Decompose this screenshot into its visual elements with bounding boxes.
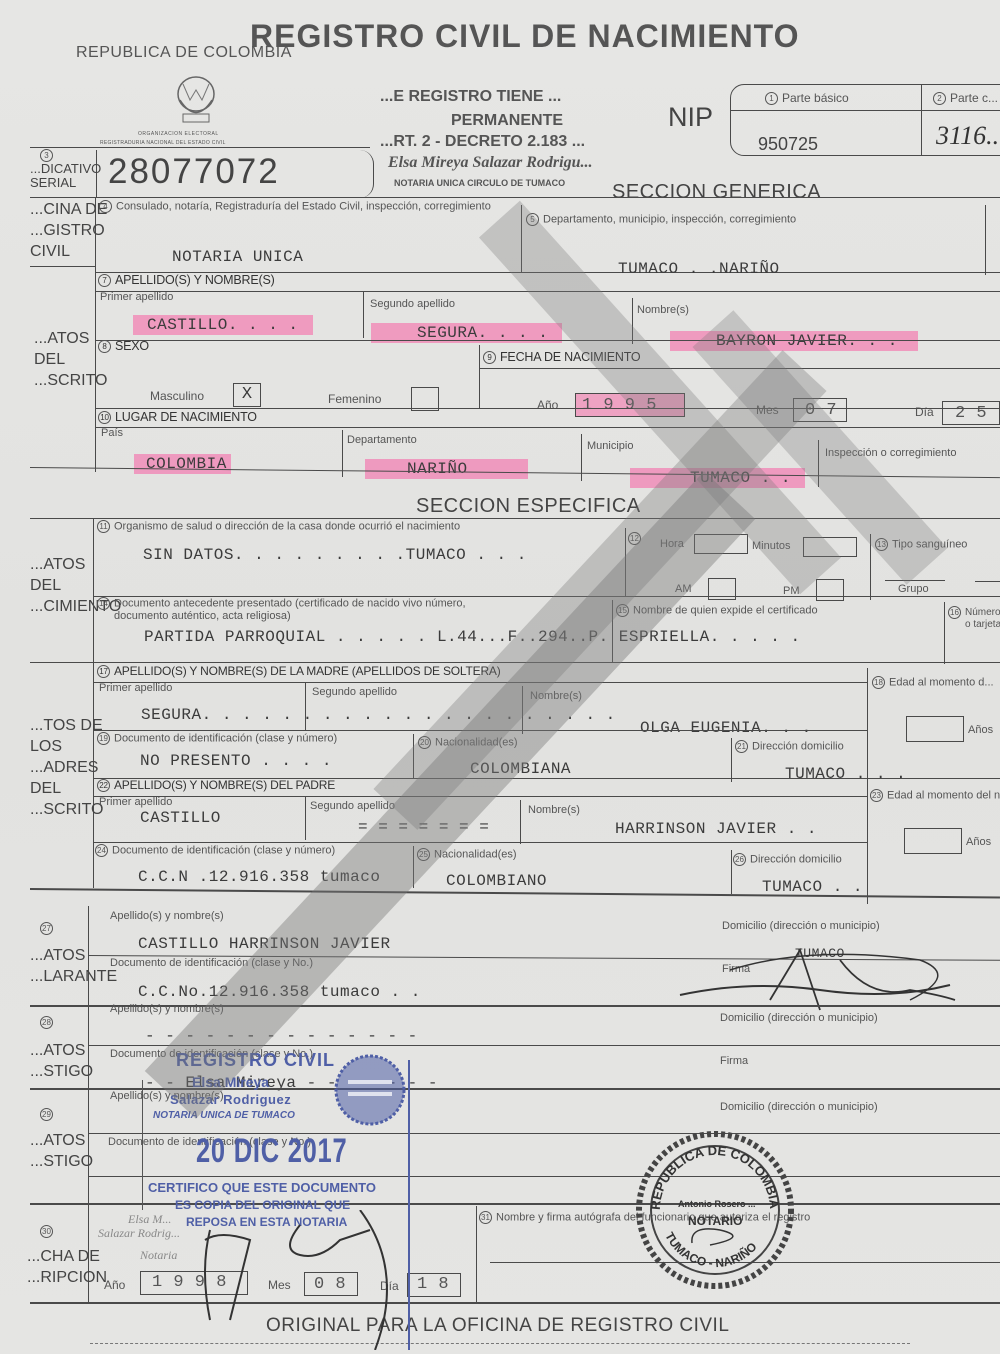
inscription-side-label: ...CHA DE ...RIPCION	[27, 1246, 107, 1288]
mother-id-value: NO PRESENTO . . . .	[140, 752, 332, 770]
number-label: 16Númeroo tarjeta	[948, 606, 1000, 630]
declarant-name-label: Apellido(s) y nombre(s)	[110, 910, 224, 922]
father-id-label: 24Documento de identificación (clase y n…	[95, 844, 335, 857]
witness1-address-label: Domicilio (dirección o municipio)	[720, 1012, 878, 1024]
second-surname-label: Segundo apellido	[370, 298, 455, 310]
mother-second-surname-label: Segundo apellido	[312, 686, 397, 698]
mother-first-surname-label: Primer apellido	[99, 682, 172, 694]
pm-checkbox[interactable]	[816, 579, 844, 601]
date-stamp: 20 DIC 2017	[196, 1132, 347, 1171]
witness1-signature-label: Firma	[720, 1055, 748, 1067]
year-label: Año	[537, 398, 558, 412]
emblem-caption-1: ORGANIZACION ELECTORAL	[138, 131, 219, 137]
father-nationality-value: COLOMBIANO	[446, 872, 547, 890]
inscription-year-label: Año	[104, 1278, 125, 1292]
father-first-surname-value: CASTILLO	[140, 809, 221, 827]
sex-header: 8SEXO	[98, 339, 149, 353]
antecedent-doc-value: PARTIDA PARROQUIAL . . . . . L.44...F..2…	[144, 628, 801, 646]
mother-id-label: 19Documento de identificación (clase y n…	[97, 732, 337, 745]
witness2-side-label: ...ATOS ...STIGO	[30, 1130, 93, 1172]
birth-certificate-page: REGISTRO CIVIL DE NACIMIENTO REPUBLICA D…	[0, 0, 1000, 1354]
blue-round-seal-icon	[330, 1050, 410, 1130]
nip-basic-label: 1Parte básico	[765, 91, 849, 105]
coat-of-arms-icon	[165, 70, 227, 132]
office-field-label: 4Consulado, notaría, Registraduría del E…	[99, 200, 499, 213]
nip-basic-value: 950725	[758, 134, 818, 155]
nip-label: NIP	[668, 102, 713, 133]
names-header: 7APELLIDO(S) Y NOMBRE(S)	[98, 273, 275, 287]
father-age-label: 23Edad al momento del n...	[870, 789, 1000, 802]
stamp-line-4: Elsa Mireya Salazar Rodrigu...	[388, 154, 592, 172]
male-checkbox[interactable]: X	[233, 383, 261, 407]
male-label: Masculino	[150, 389, 204, 403]
first-surname-label: Primer apellido	[100, 291, 173, 303]
inscription-day-value: 1 8	[417, 1275, 449, 1294]
cert-line-1: CERTIFICO QUE ESTE DOCUMENTO	[148, 1180, 376, 1195]
notary-sig-line-1: Elsa M...	[128, 1212, 171, 1227]
mother-header: 17APELLIDO(S) Y NOMBRE(S) DE LA MADRE (a…	[97, 664, 501, 678]
birth-country-value: COLOMBIA	[134, 455, 231, 473]
stamp-line-5: NOTARIA UNICA CIRCULO DE TUMACO	[394, 178, 565, 188]
father-age-years-label: Años	[966, 836, 991, 848]
female-label: Femenino	[328, 392, 381, 406]
blood-group-label: Grupo	[898, 583, 929, 595]
antecedent-doc-label: 14Documento antecedente presentado (cert…	[97, 597, 466, 622]
svg-text:Antonio Rosero ...: Antonio Rosero ...	[678, 1199, 756, 1209]
location-field-label: 5Departamento, municipio, inspección, co…	[526, 213, 796, 226]
serial-number: 28077072	[108, 152, 280, 192]
section-specific-title: SECCION ESPECIFICA	[416, 495, 641, 518]
department-label: Departamento	[347, 434, 417, 446]
mother-age-years-label: Años	[968, 724, 993, 736]
declarant-side-label: ...ATOS ...LARANTE	[30, 945, 117, 987]
father-second-surname-label: Segundo apellido	[310, 800, 395, 812]
country-label: País	[101, 427, 123, 439]
serial-label: ...DICATIVO SERIAL	[30, 162, 90, 190]
stamp-notaria-unica: NOTARIA UNICA DE TUMACO	[153, 1110, 295, 1121]
stamp-line-3: ...RT. 2 - DECRETO 2.183 ...	[380, 133, 585, 151]
witness1-side-label: ...ATOS ...STIGO	[30, 1040, 93, 1082]
svg-text:TUMACO - NARIÑO: TUMACO - NARIÑO	[662, 1230, 759, 1270]
birth-department-value: NARIÑO	[365, 460, 528, 478]
mother-age-box[interactable]	[906, 716, 964, 742]
mother-address-value: TUMACO . . .	[785, 765, 906, 783]
registrant-side-label: ...ATOS DEL ...SCRITO	[34, 328, 108, 391]
emblem-caption-2: REGISTRADURIA NACIONAL DEL ESTADO CIVIL	[100, 140, 226, 146]
notary-round-seal-icon: REPUBLICA DE COLOMBIA Antonio Rosero ...…	[630, 1125, 800, 1295]
svg-text:NOTARIO: NOTARIO	[688, 1214, 742, 1228]
father-header: 22APELLIDO(S) Y NOMBRE(S) DEL PADRE	[97, 778, 335, 792]
location-value: TUMACO . .NARIÑO	[618, 260, 780, 278]
witness2-address-label: Domicilio (dirección o municipio)	[720, 1101, 878, 1113]
notary-sig-line-2: Salazar Rodrig...	[98, 1226, 180, 1241]
declarant-address-label: Domicilio (dirección o municipio)	[722, 920, 880, 932]
father-address-label: 26Dirección domicilio	[733, 853, 842, 866]
stamp-line-1: ...E REGISTRO TIENE ...	[380, 88, 561, 106]
section-generic-title: SECCION GENERICA	[612, 181, 821, 204]
mother-address-label: 21Dirección domicilio	[735, 740, 844, 753]
health-org-label: 11Organismo de salud o dirección de la c…	[97, 520, 460, 533]
nip-comp-label: 2Parte c...	[933, 91, 998, 105]
country-name: REPUBLICA DE COLOMBIA	[76, 44, 292, 62]
notary-signature-icon	[190, 1210, 410, 1350]
stamp-line-2: PERMANENTE	[451, 112, 563, 130]
mother-names-value: OLGA EUGENIA. . .	[640, 719, 812, 737]
father-names-value: HARRINSON JAVIER . .	[615, 820, 817, 838]
health-org-value: SIN DATOS. . . . . . . . .TUMACO . . .	[143, 546, 527, 564]
document-title: REGISTRO CIVIL DE NACIMIENTO	[250, 18, 800, 55]
watermark-band-1	[145, 471, 755, 1118]
father-age-box[interactable]	[904, 828, 962, 854]
nip-comp-value: 3116...	[936, 121, 1000, 151]
notary-sig-line-3: Notaria	[140, 1248, 177, 1263]
father-first-surname-label: Primer apellido	[99, 796, 172, 808]
father-address-value: TUMACO . .	[762, 878, 863, 896]
birthplace-header: 10LUGAR DE NACIMIENTO	[98, 410, 257, 424]
given-names-label: Nombre(s)	[637, 304, 689, 316]
declarant-signature-icon	[670, 940, 970, 1020]
father-names-label: Nombre(s)	[528, 804, 580, 816]
office-side-label: ...CINA DE ...GISTRO CIVIL	[30, 199, 107, 262]
birth-day-value: 2 5	[955, 404, 987, 423]
watermark-band-2	[373, 350, 826, 830]
municipality-label: Municipio	[587, 440, 633, 452]
first-surname-value: CASTILLO. . . .	[133, 316, 313, 334]
office-value: NOTARIA UNICA	[172, 248, 303, 266]
mother-age-label: 18Edad al momento d...	[872, 676, 994, 689]
